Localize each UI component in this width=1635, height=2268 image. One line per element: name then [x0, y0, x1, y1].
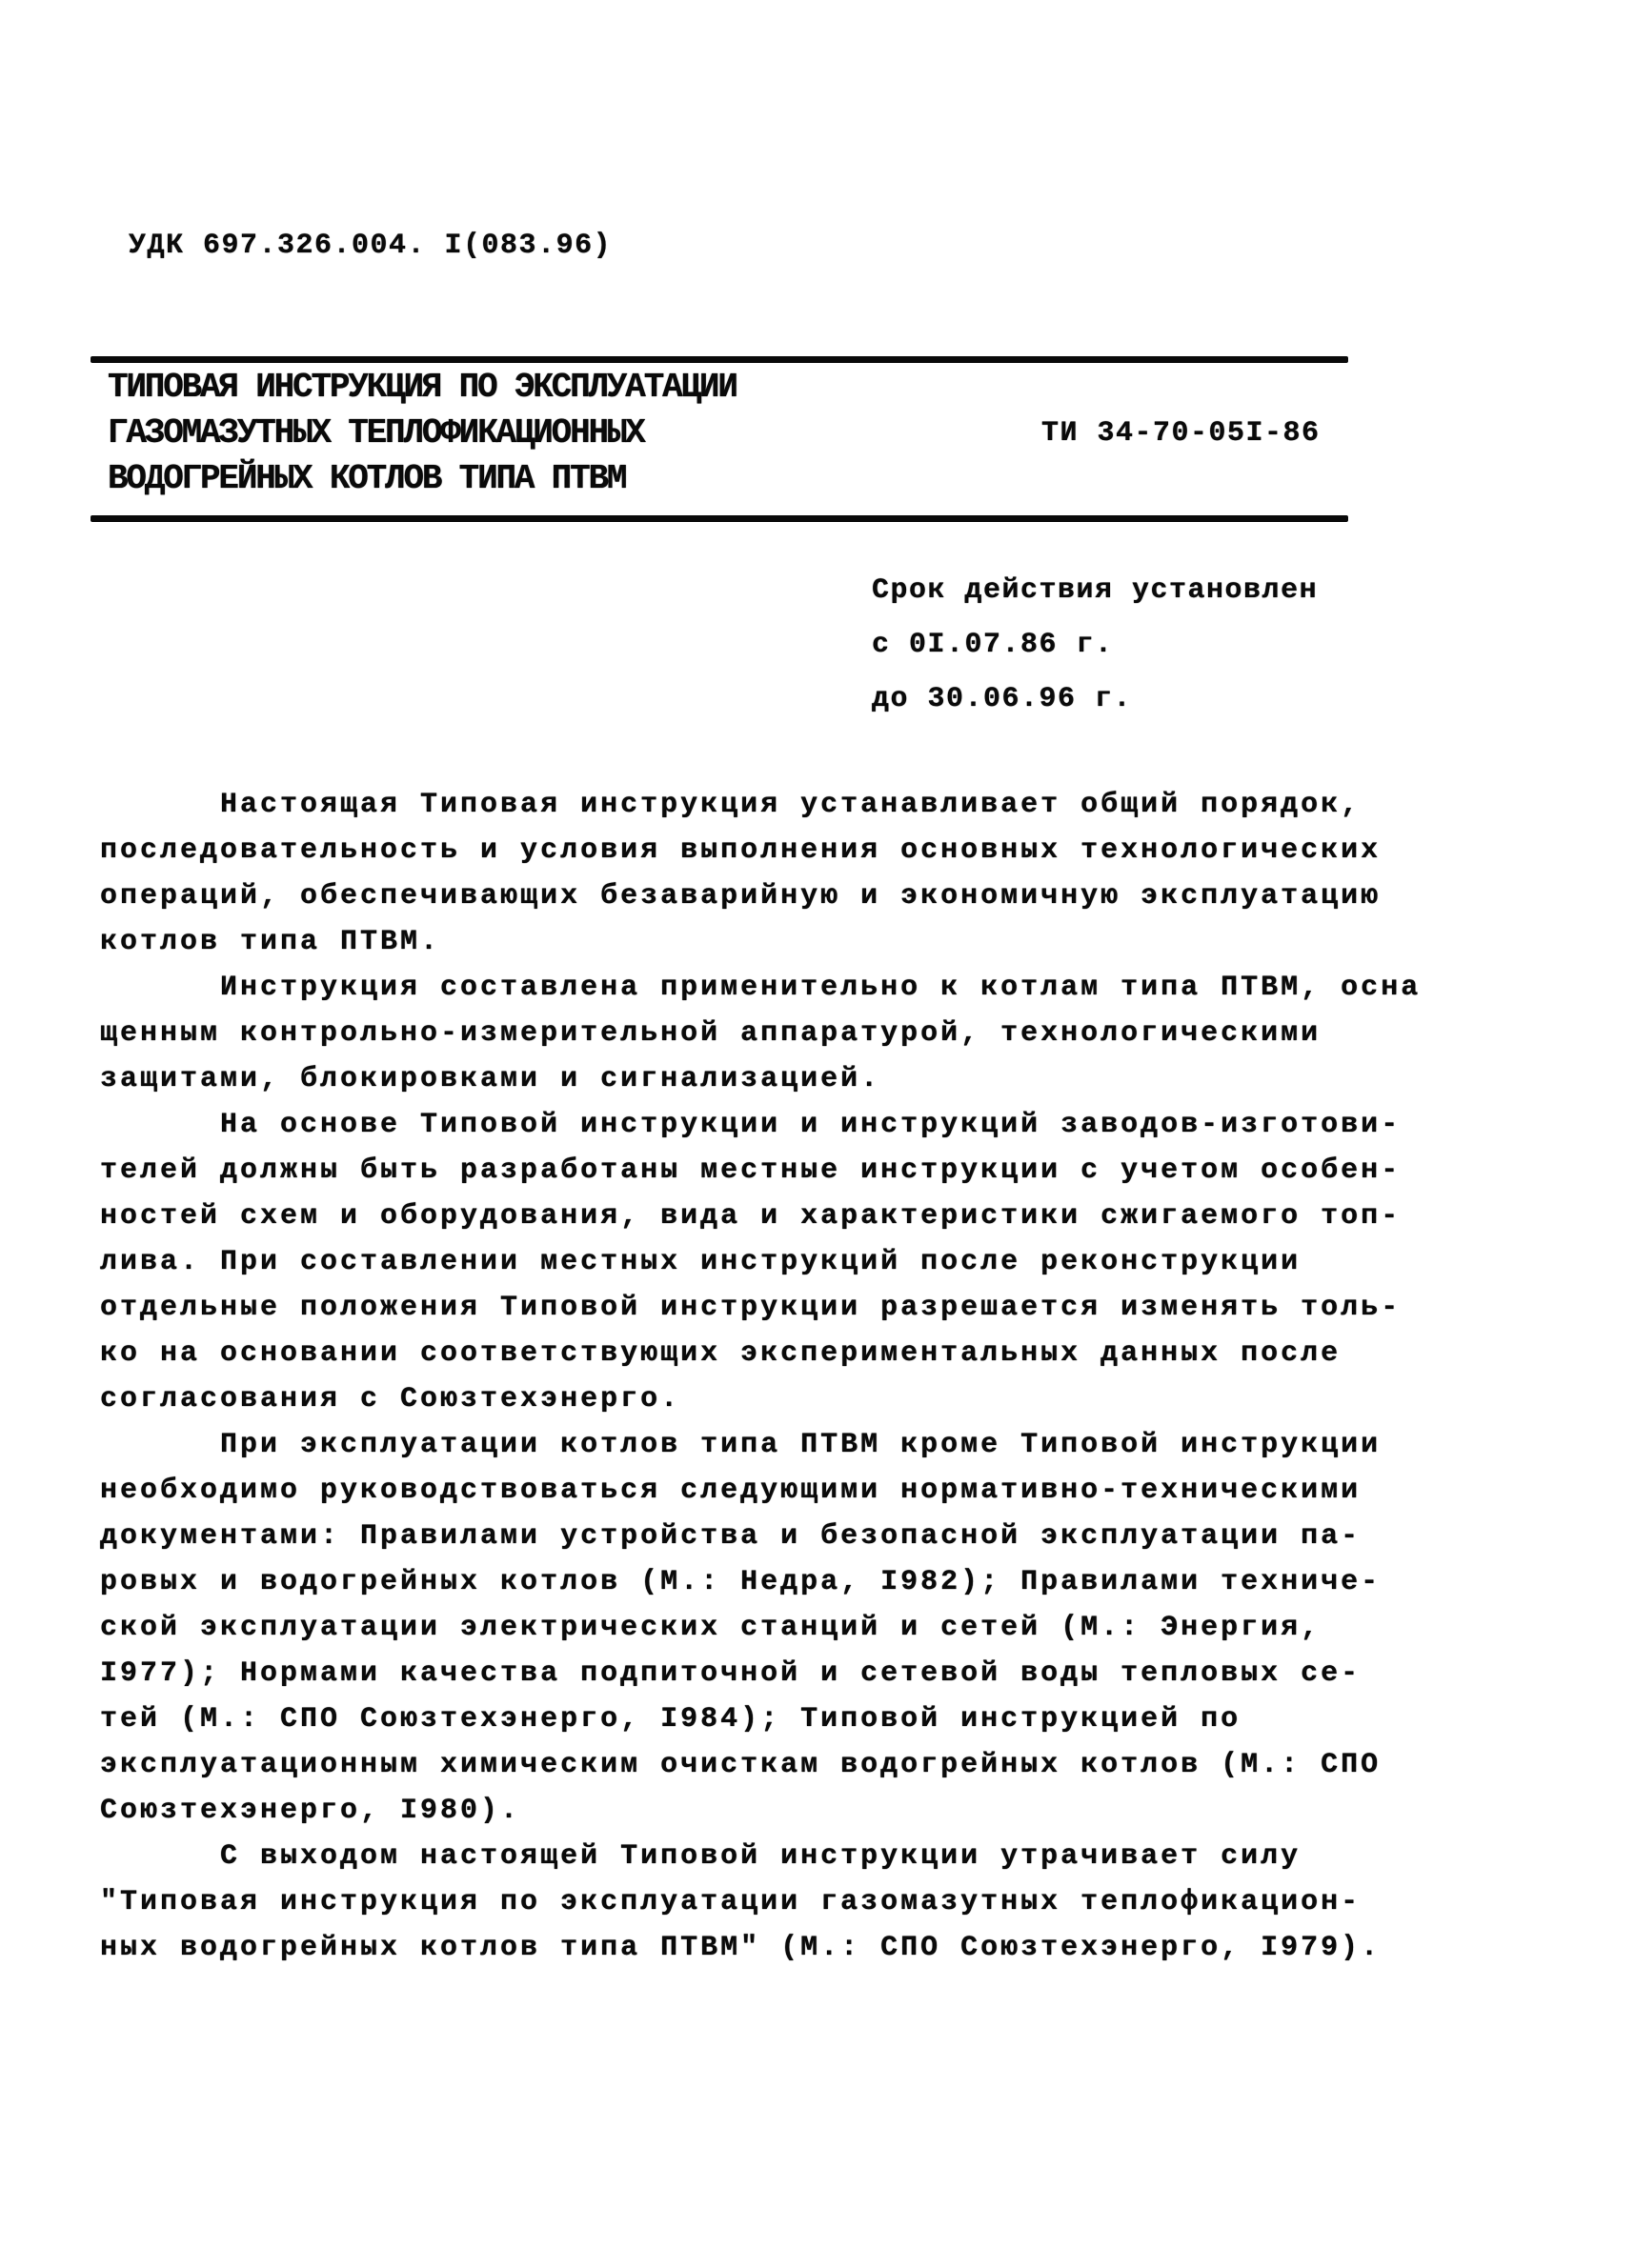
body-text-line: Настоящая Типовая инструкция устанавлива… — [100, 782, 1421, 828]
body-text-line: Инструкция составлена применительно к ко… — [100, 965, 1421, 1011]
body-text-line: ской эксплуатации электрических станций … — [100, 1605, 1421, 1651]
paragraph-3: На основе Типовой инструкции и инструкци… — [100, 1102, 1421, 1422]
body-text-line: котлов типа ПТВМ. — [100, 919, 1421, 965]
body-text-line: С выходом настоящей Типовой инструкции у… — [100, 1834, 1421, 1879]
body-text-line: тей (М.: СПО Союзтехэнерго, I984); Типов… — [100, 1696, 1421, 1742]
validity-end-date: до 30.06.96 г. — [872, 672, 1318, 727]
validity-start-date: с 0I.07.86 г. — [872, 618, 1318, 672]
body-text-line: При эксплуатации котлов типа ПТВМ кроме … — [100, 1422, 1421, 1468]
document-title: ТИПОВАЯ ИНСТРУКЦИЯ ПО ЭКСПЛУАТАЦИИ ГАЗОМ… — [108, 365, 737, 502]
validity-line-1: Срок действия установлен — [872, 564, 1318, 618]
body-text-line: документами: Правилами устройства и безо… — [100, 1514, 1421, 1559]
document-body: Настоящая Типовая инструкция устанавлива… — [100, 782, 1421, 1971]
paragraph-4: При эксплуатации котлов типа ПТВМ кроме … — [100, 1422, 1421, 1834]
body-text-line: ностей схем и оборудования, вида и харак… — [100, 1194, 1421, 1239]
title-line-3: ВОДОГРЕЙНЫХ КОТЛОВ ТИПА ПТВМ — [108, 456, 737, 502]
body-text-line: необходимо руководствоваться следующими … — [100, 1468, 1421, 1514]
body-text-line: "Типовая инструкция по эксплуатации газо… — [100, 1879, 1421, 1925]
udc-classification-line: УДК 697.326.004. I(083.96) — [129, 227, 612, 265]
body-text-line: защитами, блокировками и сигнализацией. — [100, 1056, 1421, 1102]
document-number: ТИ 34-70-05I-86 — [1041, 414, 1321, 452]
title-line-2: ГАЗОМАЗУТНЫХ ТЕПЛОФИКАЦИОННЫХ — [108, 411, 737, 456]
paragraph-2: Инструкция составлена применительно к ко… — [100, 965, 1421, 1102]
header-rule-top — [91, 356, 1348, 363]
body-text-line: ровых и водогрейных котлов (М.: Недра, I… — [100, 1559, 1421, 1605]
paragraph-5: С выходом настоящей Типовой инструкции у… — [100, 1834, 1421, 1971]
body-text-line: согласования с Союзтехэнерго. — [100, 1376, 1421, 1422]
scanned-document-page: УДК 697.326.004. I(083.96) ТИПОВАЯ ИНСТР… — [0, 0, 1635, 2268]
body-text-line: операций, обеспечивающих безаварийную и … — [100, 873, 1421, 919]
header-rule-bottom — [91, 515, 1348, 522]
body-text-line: На основе Типовой инструкции и инструкци… — [100, 1102, 1421, 1148]
body-text-line: Союзтехэнерго, I980). — [100, 1788, 1421, 1834]
body-text-line: последовательность и условия выполнения … — [100, 828, 1421, 873]
title-line-1: ТИПОВАЯ ИНСТРУКЦИЯ ПО ЭКСПЛУАТАЦИИ — [108, 365, 737, 411]
body-text-line: эксплуатационным химическим очисткам вод… — [100, 1742, 1421, 1788]
body-text-line: щенным контрольно-измерительной аппарату… — [100, 1011, 1421, 1056]
body-text-line: ко на основании соответствующих эксперим… — [100, 1331, 1421, 1376]
paragraph-1: Настоящая Типовая инструкция устанавлива… — [100, 782, 1421, 965]
body-text-line: I977); Нормами качества подпиточной и се… — [100, 1651, 1421, 1696]
validity-period-block: Срок действия установлен с 0I.07.86 г. д… — [872, 564, 1318, 727]
body-text-line: лива. При составлении местных инструкций… — [100, 1239, 1421, 1285]
body-text-line: отдельные положения Типовой инструкции р… — [100, 1285, 1421, 1331]
body-text-line: ных водогрейных котлов типа ПТВМ" (М.: С… — [100, 1925, 1421, 1971]
body-text-line: телей должны быть разработаны местные ин… — [100, 1148, 1421, 1194]
